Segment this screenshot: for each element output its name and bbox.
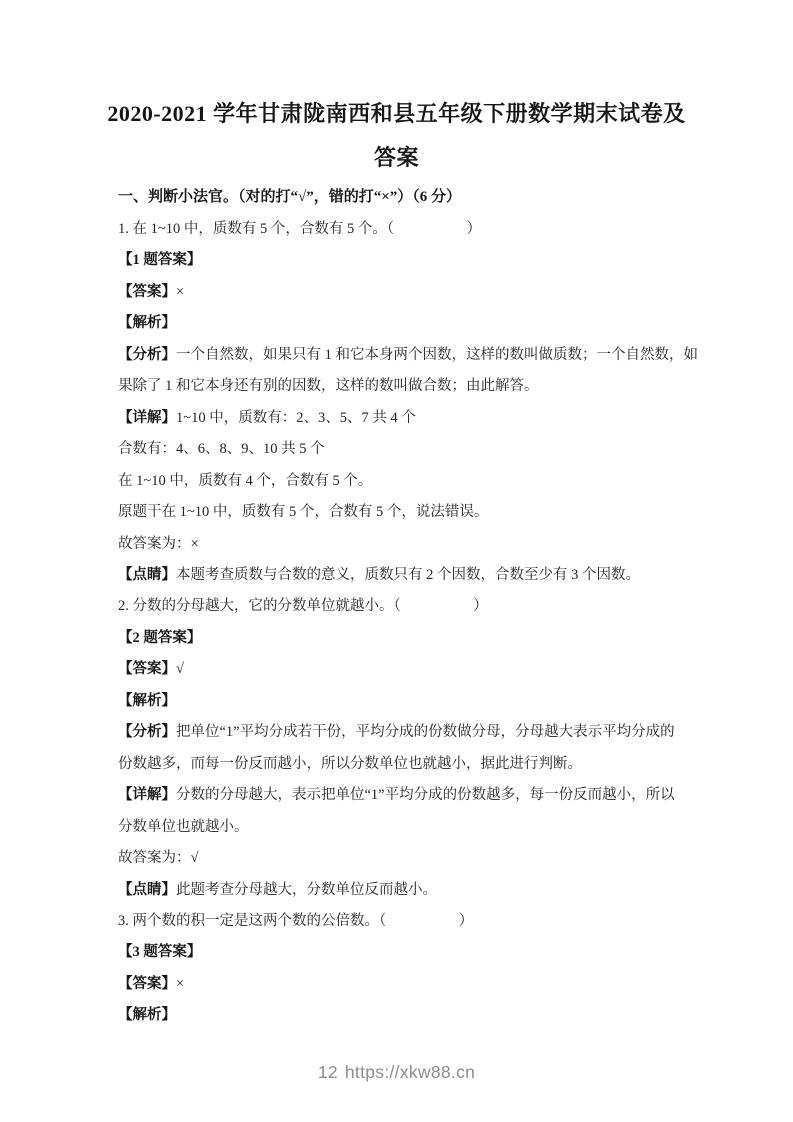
line-text: 2. 分数的分母越大，它的分数单位就越小。（ ）	[118, 598, 488, 614]
doc-line: 果除了 1 和它本身还有别的因数，这样的数叫做合数；由此解答。	[118, 371, 684, 402]
doc-line: 【详解】分数的分母越大，表示把单位“1”平均分成的份数越多，每一份反而越小，所以	[118, 780, 684, 811]
title-line-2: 答案	[0, 136, 793, 180]
line-lead: 【答案】	[118, 976, 176, 992]
doc-line: 故答案为：√	[118, 843, 684, 874]
line-text: ×	[176, 284, 184, 300]
doc-line-analysis-header-3: 【解析】	[118, 1000, 684, 1031]
doc-line: 【点睛】本题考查质数与合数的意义，质数只有 2 个因数，合数至少有 3 个因数。	[118, 560, 684, 591]
doc-line: 在 1~10 中，质数有 4 个，合数有 5 个。	[118, 466, 684, 497]
doc-line-analysis-header-1: 【解析】	[118, 308, 684, 339]
line-lead: 【答案】	[118, 284, 176, 300]
line-lead: 【分析】	[118, 724, 176, 740]
line-lead: 【点睛】	[118, 567, 176, 583]
doc-line: 故答案为：×	[118, 529, 684, 560]
line-text: 分数单位也就越小。	[118, 819, 249, 835]
line-lead: 【2 题答案】	[118, 630, 201, 646]
doc-line: 【分析】把单位“1”平均分成若干份，平均分成的份数做分母，分母越大表示平均分成的	[118, 717, 684, 748]
site-url: https://xkw88.cn	[345, 1062, 475, 1082]
line-text: 原题干在 1~10 中，质数有 5 个，合数有 5 个，说法错误。	[118, 504, 488, 520]
line-text: 本题考查质数与合数的意义，质数只有 2 个因数，合数至少有 3 个因数。	[176, 567, 640, 583]
document-body: 一、判断小法官。（对的打“√”，错的打“×”）（6 分） 1. 在 1~10 中…	[118, 181, 684, 1032]
line-text: 合数有：4、6、8、9、10 共 5 个	[118, 441, 325, 457]
line-lead: 【详解】	[118, 410, 176, 426]
doc-line: 份数越多，而每一份反而越小，所以分数单位也就越小，据此进行判断。	[118, 749, 684, 780]
doc-line: 【分析】一个自然数，如果只有 1 和它本身两个因数，这样的数叫做质数；一个自然数…	[118, 340, 684, 371]
doc-line-question-1: 1. 在 1~10 中，质数有 5 个，合数有 5 个。（ ）	[118, 214, 684, 245]
line-lead: 【解析】	[118, 1007, 176, 1023]
line-text: 份数越多，而每一份反而越小，所以分数单位也就越小，据此进行判断。	[118, 756, 582, 772]
line-text: 把单位“1”平均分成若干份，平均分成的份数做分母，分母越大表示平均分成的	[176, 724, 675, 740]
line-text: 1~10 中，质数有：2、3、5、7 共 4 个	[176, 410, 416, 426]
line-lead: 【3 题答案】	[118, 944, 201, 960]
line-text: 分数的分母越大，表示把单位“1”平均分成的份数越多，每一份反而越小，所以	[176, 787, 675, 803]
doc-line-analysis-header-2: 【解析】	[118, 686, 684, 717]
doc-line-answer-3: 【答案】×	[118, 969, 684, 1000]
page-title: 2020-2021 学年甘肃陇南西和县五年级下册数学期末试卷及 答案	[0, 92, 793, 180]
line-lead: 【详解】	[118, 787, 176, 803]
doc-line-answer-header-3: 【3 题答案】	[118, 937, 684, 968]
line-lead: 【1 题答案】	[118, 252, 201, 268]
line-text: 1. 在 1~10 中，质数有 5 个，合数有 5 个。（ ）	[118, 221, 481, 237]
title-line-1: 2020-2021 学年甘肃陇南西和县五年级下册数学期末试卷及	[0, 92, 793, 136]
line-text: 一个自然数，如果只有 1 和它本身两个因数，这样的数叫做质数；一个自然数，如	[176, 347, 698, 363]
line-text: 故答案为：×	[118, 536, 199, 552]
doc-line: 原题干在 1~10 中，质数有 5 个，合数有 5 个，说法错误。	[118, 497, 684, 528]
doc-line-answer-header-1: 【1 题答案】	[118, 245, 684, 276]
page-footer: 12https://xkw88.cn	[0, 1062, 793, 1083]
line-text: 果除了 1 和它本身还有别的因数，这样的数叫做合数；由此解答。	[118, 378, 539, 394]
doc-line-answer-2: 【答案】√	[118, 654, 684, 685]
doc-line-answer-header-2: 【2 题答案】	[118, 623, 684, 654]
doc-line-question-2: 2. 分数的分母越大，它的分数单位就越小。（ ）	[118, 591, 684, 622]
document-page: 2020-2021 学年甘肃陇南西和县五年级下册数学期末试卷及 答案 一、判断小…	[0, 0, 793, 1122]
doc-line-answer-1: 【答案】×	[118, 277, 684, 308]
doc-line-question-3: 3. 两个数的积一定是这两个数的公倍数。（ ）	[118, 906, 684, 937]
line-lead: 【答案】	[118, 661, 176, 677]
line-lead: 【点睛】	[118, 882, 176, 898]
line-text: 故答案为：√	[118, 850, 198, 866]
doc-line: 分数单位也就越小。	[118, 812, 684, 843]
line-lead: 【解析】	[118, 315, 176, 331]
line-text: 在 1~10 中，质数有 4 个，合数有 5 个。	[118, 473, 372, 489]
line-lead: 【分析】	[118, 347, 176, 363]
line-text: 此题考查分母越大，分数单位反而越小。	[176, 882, 437, 898]
section-heading: 一、判断小法官。（对的打“√”，错的打“×”）（6 分）	[118, 181, 684, 214]
line-text: ×	[176, 976, 184, 992]
line-text: √	[176, 661, 184, 677]
line-lead: 【解析】	[118, 693, 176, 709]
doc-line: 【点睛】此题考查分母越大，分数单位反而越小。	[118, 875, 684, 906]
doc-line: 合数有：4、6、8、9、10 共 5 个	[118, 434, 684, 465]
line-text: 3. 两个数的积一定是这两个数的公倍数。（ ）	[118, 913, 473, 929]
doc-line: 【详解】1~10 中，质数有：2、3、5、7 共 4 个	[118, 403, 684, 434]
page-number: 12	[318, 1062, 338, 1082]
